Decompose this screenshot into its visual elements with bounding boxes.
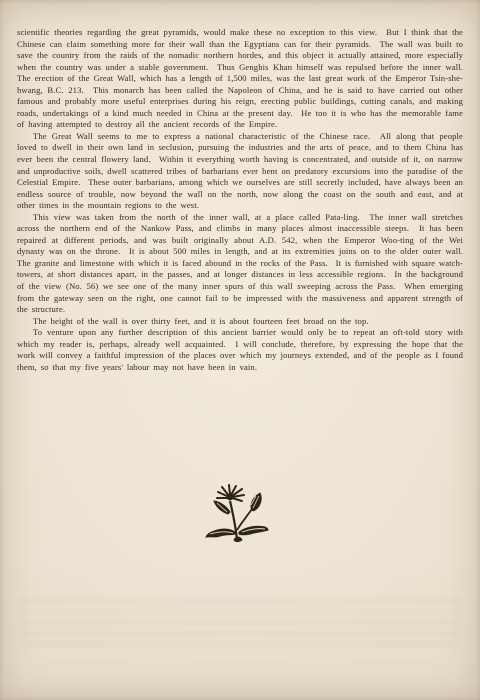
paragraph: This view was taken from the north of th… — [17, 212, 463, 316]
paragraph: The height of the wall is over thirty fe… — [17, 316, 463, 328]
book-page: scientific theories regarding the great … — [0, 0, 480, 700]
flower-woodcut-icon — [204, 484, 270, 546]
paragraph: The Great Wall seems to me to express a … — [17, 131, 463, 212]
show-through-artifact — [20, 598, 460, 650]
paragraph: To venture upon any further description … — [17, 327, 463, 373]
paragraph: scientific theories regarding the great … — [17, 27, 463, 131]
text-block: scientific theories regarding the great … — [17, 27, 463, 373]
